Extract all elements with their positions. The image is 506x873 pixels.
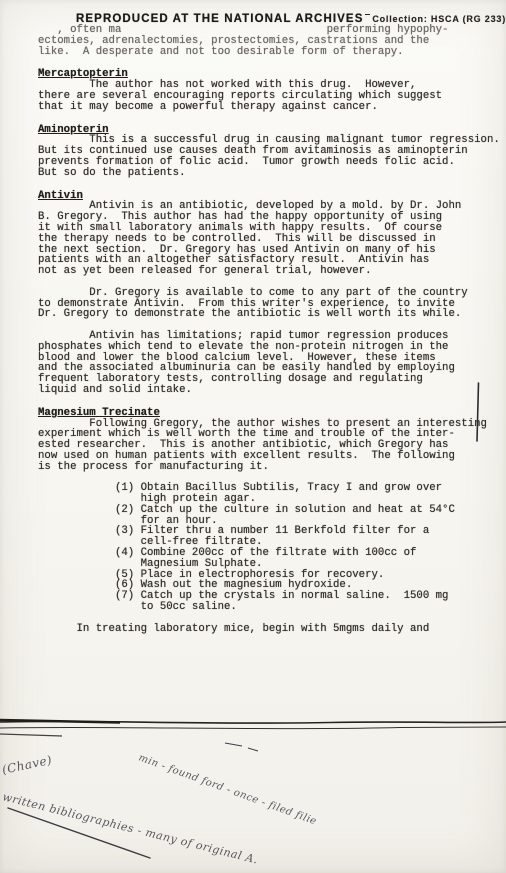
section-heading-magnesium-trecinate: Magnesium Trecinate (38, 408, 506, 419)
section-magnesium-trecinate: Magnesium Trecinate Following Gregory, t… (0, 408, 506, 635)
separator-scan-line (0, 721, 506, 723)
section-body-magnesium-trecinate: Following Gregory, the author wishes to … (0, 419, 506, 635)
pen-dash-marks (225, 743, 258, 751)
separator-scan-line (0, 720, 120, 723)
pen-stroke-line (8, 808, 150, 858)
section-mercaptopterin: Mercaptopterin The author has not worked… (0, 69, 506, 112)
stamp-overline-mark (365, 14, 370, 22)
handwriting-annotation: (Chave) (1, 753, 54, 777)
section-body-mercaptopterin: The author has not worked with this drug… (0, 80, 506, 112)
handwriting-annotation: min - found ford - once - filed filie (137, 752, 318, 827)
separator-scan-line (0, 727, 506, 729)
collection-stamp: Collection: HSCA (RG 233) (372, 14, 506, 24)
section-antivin: Antivin Antivin is an antibiotic, develo… (0, 191, 506, 396)
section-aminopterin: Aminopterin This is a successful drug in… (0, 125, 506, 179)
scanned-document-page: REPRODUCED AT THE NATIONAL ARCHIVES Coll… (0, 0, 506, 873)
archives-header: REPRODUCED AT THE NATIONAL ARCHIVES Coll… (0, 0, 506, 25)
section-body-antivin: Antivin is an antibiotic, developed by a… (0, 201, 506, 395)
separator-scan-line (0, 734, 62, 736)
intro-paragraph: , often ma performing hypophy- ectomies,… (0, 25, 506, 57)
section-body-aminopterin: This is a successful drug in causing mal… (0, 135, 506, 178)
handwriting-annotation: written bibliographies - many of origina… (1, 790, 259, 866)
